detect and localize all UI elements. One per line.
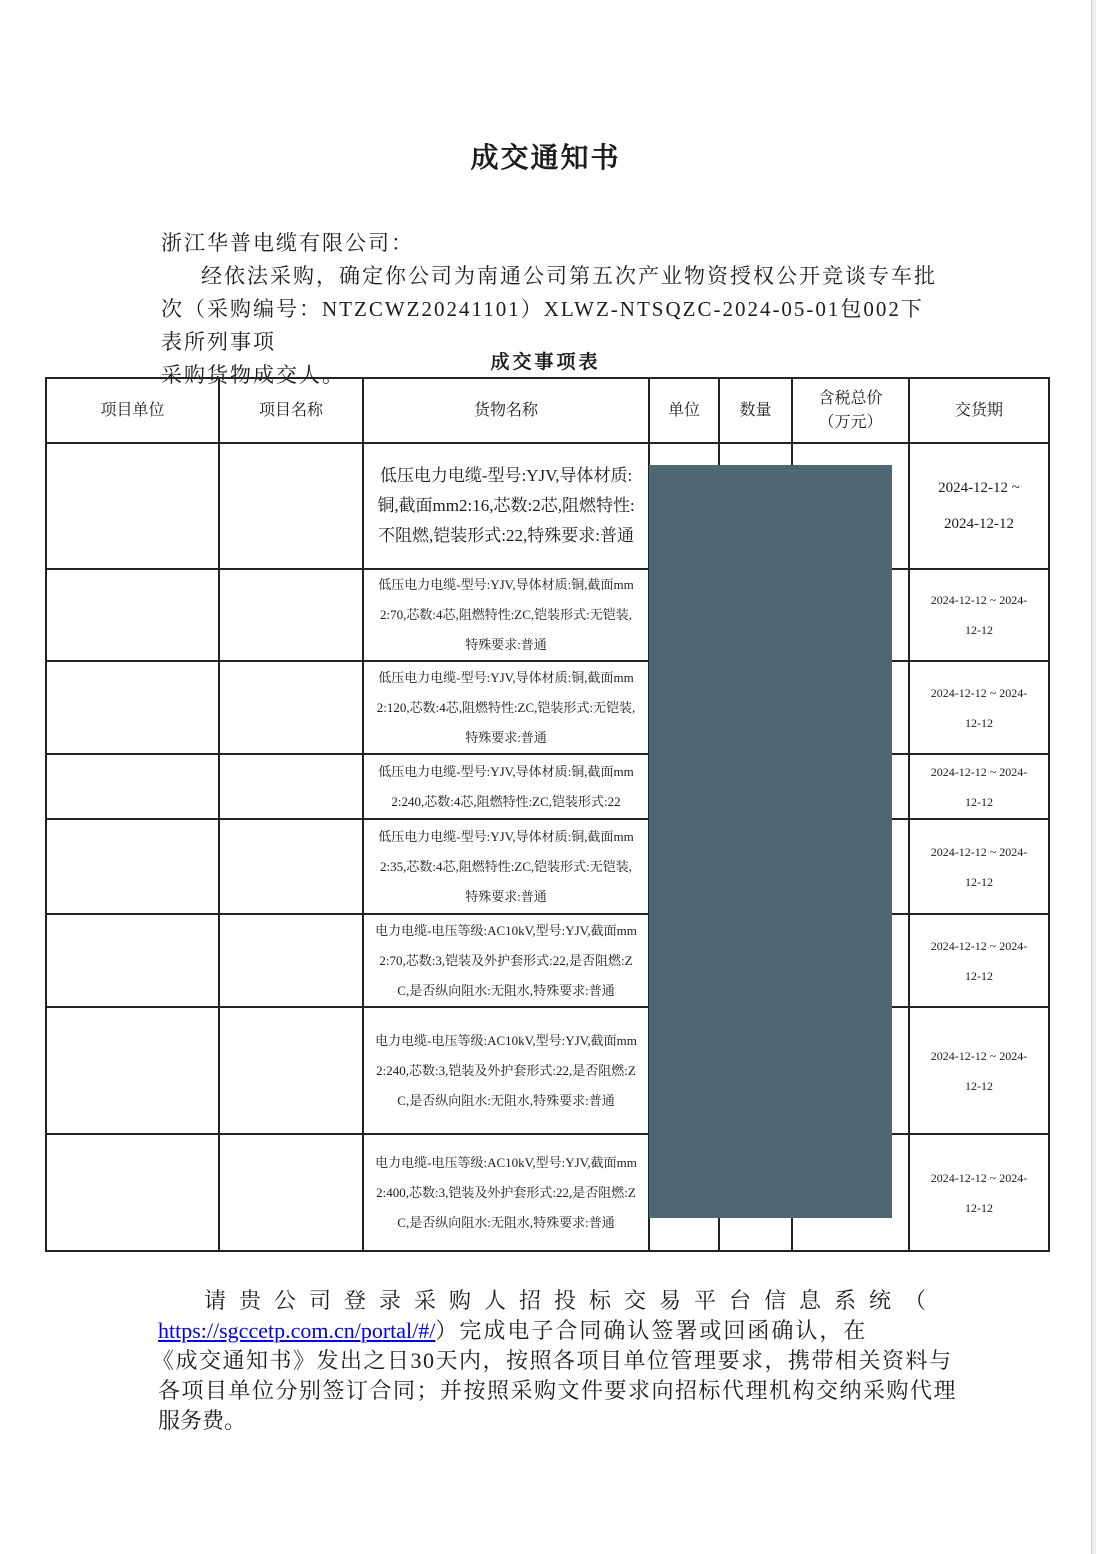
cell-project-unit [46, 754, 219, 819]
table-header-row: 项目单位项目名称货物名称单位数量含税总价 （万元）交货期 [46, 378, 1049, 443]
redaction-overlay [649, 465, 892, 1218]
cell-delivery-period: 2024-12-12 ~ 2024- 12-12 [909, 819, 1049, 914]
closing-line-rest: ）完成电子合同确认签署或回函确认，在 [435, 1318, 867, 1343]
cell-goods-name: 低压电力电缆-型号:YJV,导体材质:铜,截面mm2:120,芯数:4芯,阻燃特… [363, 661, 649, 754]
column-header: 项目名称 [219, 378, 363, 443]
closing-line: 服务费。 [158, 1406, 942, 1436]
award-table-body: 低压电力电缆-型号:YJV,导体材质:铜,截面mm2:16,芯数:2芯,阻燃特性… [46, 443, 1049, 1251]
cell-project-unit [46, 569, 219, 661]
closing-paragraph: 请贵公司登录采购人招投标交易平台信息系统（ https://sgccetp.co… [158, 1286, 942, 1436]
portal-link[interactable]: https://sgccetp.com.cn/portal/#/ [158, 1318, 435, 1343]
table-row: 低压电力电缆-型号:YJV,导体材质:铜,截面mm2:240,芯数:4芯,阻燃特… [46, 754, 1049, 819]
cell-project-unit [46, 1007, 219, 1134]
cell-goods-name: 电力电缆-电压等级:AC10kV,型号:YJV,截面mm2:240,芯数:3,铠… [363, 1007, 649, 1134]
table-row: 低压电力电缆-型号:YJV,导体材质:铜,截面mm2:70,芯数:4芯,阻燃特性… [46, 569, 1049, 661]
table-row: 电力电缆-电压等级:AC10kV,型号:YJV,截面mm2:70,芯数:3,铠装… [46, 914, 1049, 1007]
salutation: 浙江华普电缆有限公司： [161, 227, 939, 260]
cell-goods-name: 低压电力电缆-型号:YJV,导体材质:铜,截面mm2:16,芯数:2芯,阻燃特性… [363, 443, 649, 569]
table-row: 电力电缆-电压等级:AC10kV,型号:YJV,截面mm2:400,芯数:3,铠… [46, 1134, 1049, 1251]
cell-project-unit [46, 819, 219, 914]
cell-project-name [219, 914, 363, 1007]
cell-delivery-period: 2024-12-12 ~ 2024- 12-12 [909, 569, 1049, 661]
document-title: 成交通知书 [0, 136, 1091, 176]
table-title: 成交事项表 [0, 347, 1091, 374]
cell-project-unit [46, 914, 219, 1007]
cell-project-name [219, 443, 363, 569]
cell-project-name [219, 819, 363, 914]
cell-goods-name: 低压电力电缆-型号:YJV,导体材质:铜,截面mm2:240,芯数:4芯,阻燃特… [363, 754, 649, 819]
column-header: 单位 [649, 378, 719, 443]
column-header: 含税总价 （万元） [792, 378, 909, 443]
cell-delivery-period: 2024-12-12 ~ 2024-12-12 [909, 443, 1049, 569]
closing-line: https://sgccetp.com.cn/portal/#/）完成电子合同确… [158, 1316, 942, 1346]
cell-delivery-period: 2024-12-12 ~ 2024- 12-12 [909, 661, 1049, 754]
cell-project-unit [46, 661, 219, 754]
cell-goods-name: 电力电缆-电压等级:AC10kV,型号:YJV,截面mm2:400,芯数:3,铠… [363, 1134, 649, 1251]
cell-project-name [219, 1007, 363, 1134]
cell-project-name [219, 754, 363, 819]
table-row: 低压电力电缆-型号:YJV,导体材质:铜,截面mm2:120,芯数:4芯,阻燃特… [46, 661, 1049, 754]
column-header: 数量 [719, 378, 792, 443]
closing-line: 《成交通知书》发出之日30天内，按照各项目单位管理要求，携带相关资料与 [152, 1346, 942, 1376]
page-right-edge [1091, 0, 1096, 1554]
cell-project-name [219, 1134, 363, 1251]
cell-project-unit [46, 443, 219, 569]
intro-line: 经依法采购，确定你公司为南通公司第五次产业物资授权公开竞谈专车批 [161, 260, 939, 293]
column-header: 交货期 [909, 378, 1049, 443]
award-table: 项目单位项目名称货物名称单位数量含税总价 （万元）交货期 低压电力电缆-型号:Y… [45, 377, 1050, 1252]
cell-delivery-period: 2024-12-12 ~ 2024- 12-12 [909, 914, 1049, 1007]
table-row: 低压电力电缆-型号:YJV,导体材质:铜,截面mm2:16,芯数:2芯,阻燃特性… [46, 443, 1049, 569]
cell-goods-name: 低压电力电缆-型号:YJV,导体材质:铜,截面mm2:70,芯数:4芯,阻燃特性… [363, 569, 649, 661]
cell-delivery-period: 2024-12-12 ~ 2024- 12-12 [909, 1007, 1049, 1134]
cell-delivery-period: 2024-12-12 ~ 2024- 12-12 [909, 754, 1049, 819]
document-page: 成交通知书 浙江华普电缆有限公司： 经依法采购，确定你公司为南通公司第五次产业物… [0, 0, 1096, 1554]
column-header: 项目单位 [46, 378, 219, 443]
table-row: 低压电力电缆-型号:YJV,导体材质:铜,截面mm2:35,芯数:4芯,阻燃特性… [46, 819, 1049, 914]
cell-delivery-period: 2024-12-12 ~ 2024- 12-12 [909, 1134, 1049, 1251]
cell-goods-name: 电力电缆-电压等级:AC10kV,型号:YJV,截面mm2:70,芯数:3,铠装… [363, 914, 649, 1007]
cell-project-name [219, 661, 363, 754]
closing-line: 请贵公司登录采购人招投标交易平台信息系统（ [158, 1286, 942, 1316]
cell-goods-name: 低压电力电缆-型号:YJV,导体材质:铜,截面mm2:35,芯数:4芯,阻燃特性… [363, 819, 649, 914]
table-row: 电力电缆-电压等级:AC10kV,型号:YJV,截面mm2:240,芯数:3,铠… [46, 1007, 1049, 1134]
closing-line: 各项目单位分别签订合同；并按照采购文件要求向招标代理机构交纳采购代理 [158, 1376, 942, 1406]
cell-project-unit [46, 1134, 219, 1251]
cell-project-name [219, 569, 363, 661]
column-header: 货物名称 [363, 378, 649, 443]
